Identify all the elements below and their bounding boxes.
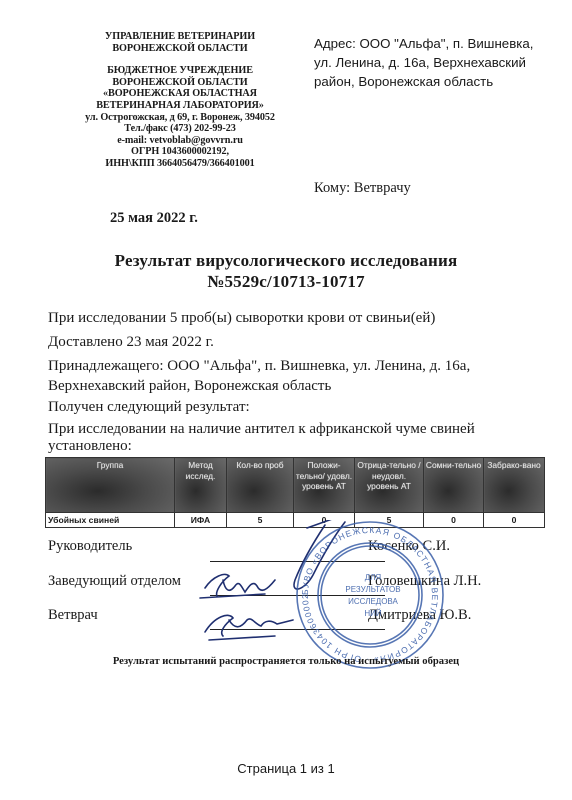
signature-role: Руководитель <box>48 538 132 555</box>
cell-count: 5 <box>227 513 294 528</box>
org-street: ул. Острогожская, д 69, г. Воронеж, 3940… <box>60 112 300 124</box>
org-phone: Тел./факс (473) 202-99-23 <box>60 123 300 135</box>
org-line: БЮДЖЕТНОЕ УЧРЕЖДЕНИЕ <box>60 65 300 77</box>
document-number: №5529с/10713-10717 <box>0 271 572 292</box>
owner-line: Верхнехавский район, Воронежская область <box>48 377 548 397</box>
org-line: «ВОРОНЕЖСКАЯ ОБЛАСТНАЯ <box>60 88 300 100</box>
table-header-row: Группа Метод исслед. Кол-во проб Положи-… <box>46 458 545 513</box>
col-header-positive: Положи-тельно/ удовл. уровень АТ <box>294 458 355 513</box>
result-intro: Получен следующий результат: <box>48 398 548 418</box>
organization-header: УПРАВЛЕНИЕ ВЕТЕРИНАРИИ ВОРОНЕЖСКОЙ ОБЛАС… <box>60 31 300 170</box>
signature-role: Заведующий отделом <box>48 573 181 590</box>
org-ogrn: ОГРН 1043600002192, <box>60 146 300 158</box>
results-table: Группа Метод исслед. Кол-во проб Положи-… <box>45 457 545 528</box>
recipient: Кому: Ветврачу <box>314 180 411 197</box>
col-header-rejected: Забрако-вано <box>484 458 545 513</box>
address-line: ул. Ленина, д. 16а, Верхнехавский <box>314 53 564 72</box>
document-title: Результат вирусологического исследования… <box>0 250 572 292</box>
page-number: Страница 1 из 1 <box>0 761 572 776</box>
title-line: Результат вирусологического исследования <box>0 250 572 271</box>
delivered-text: Доставлено 23 мая 2022 г. <box>48 333 548 353</box>
owner-text: Принадлежащего: ООО "Альфа", п. Вишневка… <box>48 357 548 396</box>
col-header-method: Метод исслед. <box>175 458 227 513</box>
spacer <box>60 54 300 65</box>
org-line: УПРАВЛЕНИЕ ВЕТЕРИНАРИИ <box>60 31 300 43</box>
col-header-doubtful: Сомни-тельно <box>424 458 484 513</box>
org-line: ВЕТЕРИНАРНАЯ ЛАБОРАТОРИЯ» <box>60 100 300 112</box>
samples-text: При исследовании 5 проб(ы) сыворотки кро… <box>48 309 548 329</box>
org-line: ВОРОНЕЖСКОЙ ОБЛАСТИ <box>60 77 300 89</box>
svg-text:ДЛЯ: ДЛЯ <box>365 573 382 582</box>
svg-text:РЕЗУЛЬТАТОВ: РЕЗУЛЬТАТОВ <box>345 585 400 594</box>
col-header-group: Группа <box>46 458 175 513</box>
official-stamp-icon: БУВО «ВОРОНЕЖСКАЯ ОБЛАСТНАЯ ВЕТЛАБОРАТОР… <box>285 520 455 670</box>
signature-role: Ветврач <box>48 607 98 624</box>
cell-rejected: 0 <box>484 513 545 528</box>
col-header-negative: Отрица-тельно / неудовл. уровень АТ <box>355 458 424 513</box>
address-line: Адрес: ООО "Альфа", п. Вишневка, <box>314 34 564 53</box>
svg-text:НИЙ: НИЙ <box>364 609 382 618</box>
document-date: 25 мая 2022 г. <box>110 210 198 227</box>
org-inn: ИНН\КПП 3664056479/366401001 <box>60 158 300 170</box>
org-line: ВОРОНЕЖСКОЙ ОБЛАСТИ <box>60 43 300 55</box>
disclaimer-note: Результат испытаний распространяется тол… <box>0 656 572 667</box>
cell-method: ИФА <box>175 513 227 528</box>
recipient-address: Адрес: ООО "Альфа", п. Вишневка, ул. Лен… <box>314 34 564 91</box>
org-email: e-mail: vetvoblab@govvrn.ru <box>60 135 300 147</box>
svg-text:ИССЛЕДОВА: ИССЛЕДОВА <box>348 597 398 606</box>
address-line: район, Воронежская область <box>314 72 564 91</box>
owner-line: Принадлежащего: ООО "Альфа", п. Вишневка… <box>48 357 548 377</box>
cell-group: Убойных свиней <box>46 513 175 528</box>
finding-text: При исследовании на наличие антител к аф… <box>48 420 548 456</box>
col-header-count: Кол-во проб <box>227 458 294 513</box>
